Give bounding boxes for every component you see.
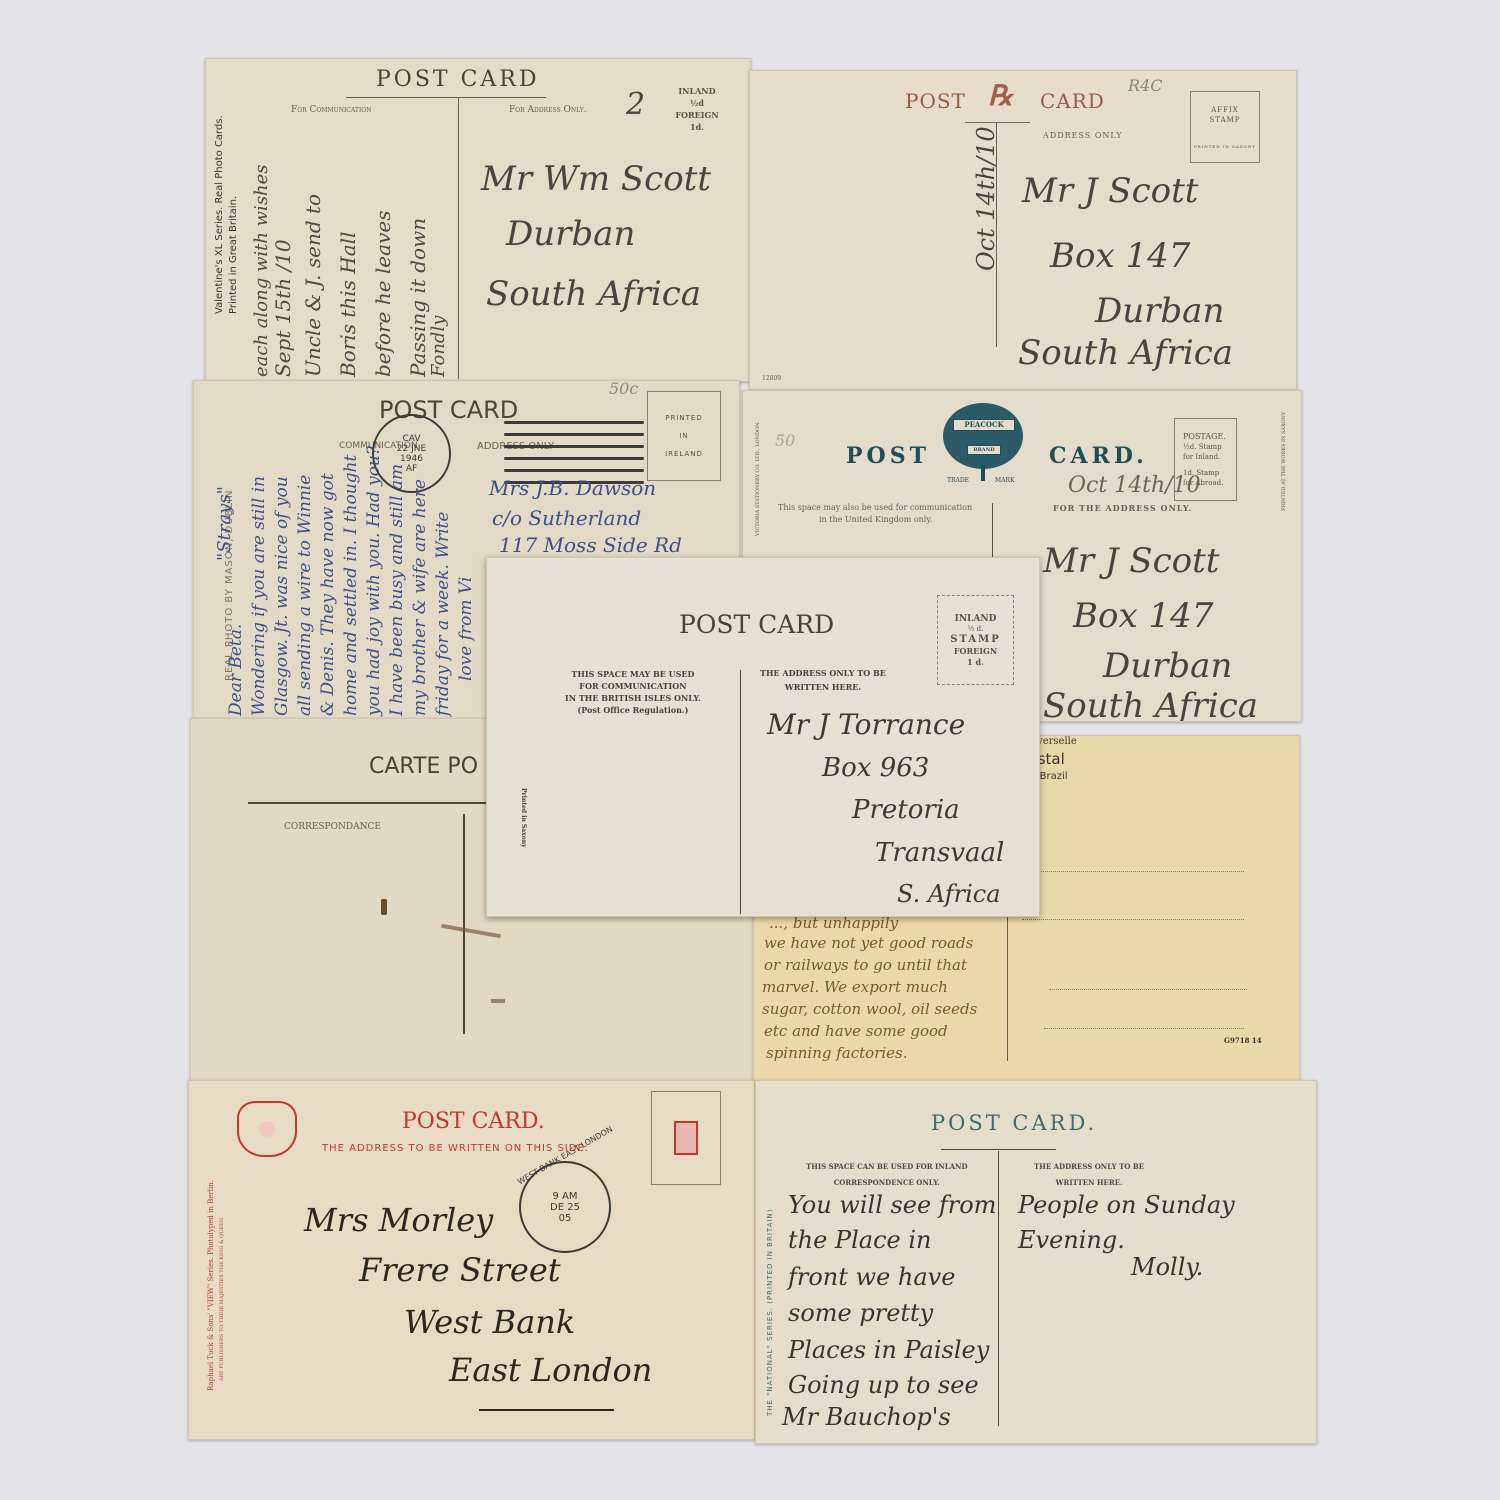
message-line: marvel. We export much	[762, 978, 948, 996]
side-print: Raphael Tuck & Sons' "VIEW" Series. Phot…	[207, 1180, 215, 1391]
address-label: ADDRESS ONLY	[1043, 131, 1122, 140]
card-title: POST CARD.	[402, 1109, 545, 1134]
communication-label: For Communication	[291, 105, 371, 115]
stamp-box: AFFIX STAMP PRINTED IN SAXONY	[1190, 91, 1260, 163]
divider-arrow-icon	[992, 503, 993, 563]
message-line: my brother & wife are here	[410, 479, 430, 716]
message-line: Glasgow. Jt. was nice of you	[272, 476, 292, 716]
address-line: Box 147	[1073, 596, 1213, 636]
handwritten-message-line: before he leaves	[371, 211, 395, 377]
greeting: "Strays"	[214, 486, 235, 561]
address-line: S. Africa	[897, 880, 1001, 908]
handwritten-message-line: each along with wishes	[251, 164, 272, 377]
message-line: I have been busy and still am	[387, 464, 407, 716]
address-line: Durban	[1103, 646, 1232, 686]
address-line: 117 Moss Side Rd	[499, 533, 682, 557]
address-label: THE ADDRESS ONLY TO BE WRITTEN HERE.	[1034, 1159, 1144, 1191]
address-line: Mrs J.B. Dawson	[489, 476, 656, 500]
message-line: you had joy with you. Had you?	[364, 446, 384, 716]
address-line: Pretoria	[852, 795, 960, 825]
pencil-note: 50	[775, 431, 795, 450]
message-line: all sending a wire to Winnie	[295, 475, 315, 716]
address-label: FOR THE ADDRESS ONLY.	[1053, 503, 1192, 513]
side-print: ART PUBLISHERS TO THEIR MAJESTIES THE KI…	[219, 1217, 225, 1381]
side-print: Printed in Saxony	[520, 788, 527, 848]
address-line: South Africa	[1018, 333, 1233, 373]
date-note: Oct 14th/10	[972, 126, 1000, 271]
handwritten-message-line: Boris this Hall	[336, 232, 360, 377]
card-subtitle: THE ADDRESS TO BE WRITTEN ON THIS SIDE.	[322, 1143, 589, 1154]
message-line: spinning factories.	[766, 1044, 908, 1062]
card-title-left: POST	[905, 89, 966, 113]
address-line: Frere Street	[359, 1251, 561, 1289]
postcard-raphael-tuck: POST CARD. THE ADDRESS TO BE WRITTEN ON …	[188, 1080, 755, 1440]
address-line: West Bank	[404, 1303, 575, 1341]
message-line: etc and have some good	[764, 1022, 948, 1040]
address-line: Mr Wm Scott	[481, 159, 711, 199]
postcard-rts: POST ℞ CARD ADDRESS ONLY R4C AFFIX STAMP…	[749, 70, 1297, 390]
card-title: POST CARD	[679, 610, 834, 639]
message-line: Wondering if you are still in	[249, 476, 269, 716]
correspondance-label: CORRESPONDANCE	[284, 822, 381, 832]
message-line: sugar, cotton wool, oil seeds	[762, 1000, 977, 1018]
card-title-left: POST	[846, 443, 930, 469]
message-line: the Place in	[788, 1226, 931, 1254]
message-line: Dear Beta.	[226, 624, 246, 716]
stamp-box: INLAND ½ d. STAMP FOREIGN 1 d.	[937, 595, 1014, 685]
stamp-box	[651, 1091, 721, 1185]
message-line: You will see from	[788, 1191, 996, 1219]
side-print: Printed in Great Britain.	[228, 196, 239, 314]
address-line: Mr J Scott	[1043, 541, 1219, 581]
handwritten-message-line: Uncle & J. send to	[301, 194, 325, 377]
communication-label: THIS SPACE CAN BE USED FOR INLAND CORRES…	[806, 1159, 968, 1191]
address-line: Transvaal	[875, 838, 1004, 868]
peacock-logo-icon: PEACOCK BRAND TRADE MARK	[943, 403, 1023, 485]
card-title: POST CARD	[376, 67, 540, 92]
message-line: Mr Bauchop's	[782, 1403, 951, 1431]
message-line: front we have	[788, 1263, 955, 1291]
message-line: some pretty	[788, 1299, 933, 1327]
side-print-left: VICTORIA STATIONERY CO. LTD., LONDON.	[755, 421, 761, 536]
message-line: love from Vi	[456, 577, 476, 681]
address-line: Durban	[1095, 291, 1224, 331]
side-print-right: PRINTED AT THE WORKS IN SAXONY	[1281, 412, 1287, 511]
message-line: Evening.	[1018, 1226, 1125, 1254]
pencil-note: 50c	[609, 380, 638, 398]
message-line: friday for a week. Write	[433, 512, 453, 716]
signature: Molly.	[1131, 1253, 1203, 1281]
postcard-valentines: POST CARD For Communication For Address …	[205, 58, 751, 382]
tuck-easel-logo-icon	[674, 1121, 698, 1155]
address-line: South Africa	[486, 274, 701, 314]
side-print: THE "NATIONAL" SERIES. (PRINTED IN BRITA…	[766, 1209, 774, 1416]
card-title: CARTE PO	[369, 754, 478, 779]
address-line: Mr J Torrance	[767, 708, 965, 741]
card-title-right: CARD	[1040, 89, 1105, 113]
stamp-box: INLAND ½d FOREIGN 1d.	[671, 81, 723, 136]
card-title-right: CARD.	[1049, 443, 1148, 469]
royal-coat-of-arms-icon	[237, 1101, 297, 1157]
address-line: Durban	[506, 214, 635, 254]
message-line: Places in Paisley	[788, 1336, 989, 1364]
pencil-note: R4C	[1128, 76, 1162, 95]
stamp-box: PRINTED IN IRELAND	[647, 391, 721, 481]
address-line: East London	[449, 1351, 652, 1389]
rts-monogram-icon: ℞	[988, 79, 1013, 112]
side-print: Valentine's XL Series. Real Photo Cards.	[214, 115, 225, 314]
message-line: we have not yet good roads	[764, 934, 973, 952]
handwritten-message-line: Fondly	[428, 316, 449, 377]
handwritten-message-line: Passing it down	[406, 218, 430, 377]
postcard-torrance: POST CARD INLAND ½ d. STAMP FOREIGN 1 d.…	[486, 557, 1040, 917]
address-line: Mr J Scott	[1022, 171, 1198, 211]
message-line: Going up to see	[788, 1371, 979, 1399]
message-line: home and settled in. I thought	[341, 455, 361, 716]
serial-number: G9718 14	[1224, 1036, 1262, 1045]
message-line: or railways to go until that	[764, 956, 967, 974]
message-line: & Denis. They have now got	[318, 473, 338, 716]
date-note: Oct 14th/10	[1068, 473, 1201, 498]
address-label: THE ADDRESS ONLY TO BE WRITTEN HERE.	[760, 666, 886, 694]
postcard-national-series: POST CARD. THIS SPACE CAN BE USED FOR IN…	[755, 1080, 1317, 1444]
communication-label-2: in the United Kingdom only.	[819, 515, 932, 524]
communication-label: This space may also be used for communic…	[778, 503, 972, 512]
address-label: For Address Only.	[509, 105, 587, 115]
address-line: Box 147	[1050, 236, 1190, 276]
address-line: c/o Sutherland	[492, 506, 641, 530]
address-line: Box 963	[822, 753, 929, 783]
address-line: South Africa	[1043, 686, 1258, 722]
address-line: Mrs Morley	[304, 1201, 493, 1239]
note-number: 2	[626, 87, 645, 122]
message-line: People on Sunday	[1018, 1191, 1235, 1219]
serial-number: 12809	[762, 375, 781, 382]
communication-label: THIS SPACE MAY BE USED FOR COMMUNICATION…	[565, 668, 701, 716]
card-title: POST CARD.	[931, 1111, 1097, 1135]
